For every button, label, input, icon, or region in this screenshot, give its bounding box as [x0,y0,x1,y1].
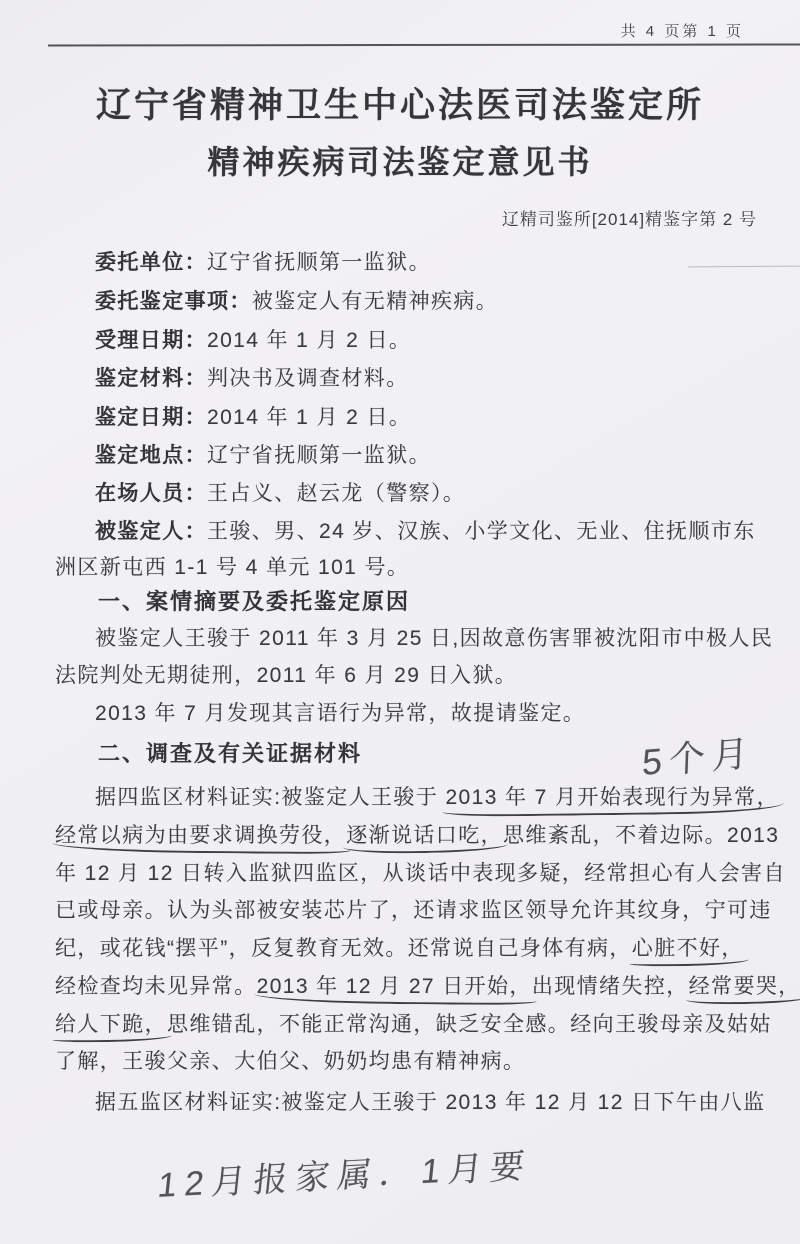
text-segment: 2014 年 1 月 2 日。 [207,406,411,429]
pen-underlined-text: 2013 年 12 月 27 日开始， [257,975,532,998]
para-ward4-line: 经检查均未见异常。2013 年 12 月 27 日开始，出现情绪失控，经常要哭， [55,970,800,1000]
para-case-summary-line: 被鉴定人王骏于 2011 年 3 月 25 日,因故意伤害罪被沈阳市中极人民 [95,622,773,652]
handwritten-margin-note: 5个月 [641,725,755,786]
text-segment: 鉴定地点： [95,444,207,467]
text-segment: 被鉴定人： [95,520,207,543]
text-segment: 一、案情摘要及委托鉴定原因 [98,589,410,614]
field-appraisal-location: 鉴定地点：辽宁省抚顺第一监狱。 [95,439,431,469]
field-appraisal-date: 鉴定日期：2014 年 1 月 2 日。 [95,401,411,431]
pen-underlined-text: 经常要哭， [689,975,800,998]
page-indicator: 共 4 页第 1 页 [621,20,744,41]
text-segment: 在场人员： [95,482,207,505]
field-acceptance-date: 受理日期：2014 年 1 月 2 日。 [95,324,411,354]
field-entrusted-matter: 委托鉴定事项：被鉴定人有无精神疾病。 [95,285,498,315]
scanned-document-page: 共 4 页第 1 页 辽宁省精神卫生中心法医司法鉴定所 精神疾病司法鉴定意见书 … [0,0,800,1244]
text-segment: 被鉴定人王骏于 2011 年 3 月 25 日,因故意伤害罪被沈阳市中极人民 [95,627,773,650]
text-segment: 判决书及调查材料。 [207,367,409,390]
para-case-summary-line: 法院判处无期徒刑，2011 年 6 月 29 日入狱。 [55,659,517,689]
text-segment: 据五监区材料证实:被鉴定人王骏于 2013 年 12 月 12 日下午由八监 [95,1091,765,1114]
pen-underlined-text: 2013 年 7 月开始表现行为异常， [445,786,779,809]
para-case-summary-line: 2013 年 7 月发现其言语行为异常，故提请鉴定。 [95,697,585,727]
para-ward5-line: 据五监区材料证实:被鉴定人王骏于 2013 年 12 月 12 日下午由八监 [95,1086,765,1116]
field-persons-present: 在场人员：王占义、赵云龙（警察）。 [95,477,465,507]
text-segment: 辽宁省抚顺第一监狱。 [207,251,431,274]
para-ward4-line: 纪，或花钱“摆平”，反复教育无效。还常说自己身体有病，心脏不好， [55,932,744,962]
document-subtitle: 精神疾病司法鉴定意见书 [0,137,800,183]
pen-underlined-text: 逐渐说话口吃， [346,824,503,847]
text-segment: 鉴定材料： [95,367,207,390]
para-ward4-line: 给人下跪，思维错乱，不能正常沟通，缺乏安全感。经向王骏母亲及姑姑 [55,1008,772,1038]
text-segment: 2013 年 7 月发现其言语行为异常，故提请鉴定。 [95,702,585,725]
text-segment: 鉴定日期： [95,406,207,429]
text-segment: 年 12 月 12 日转入监狱四监区，从谈话中表现多疑，经常担心有人会害自 [55,862,786,885]
field-appraisal-materials: 鉴定材料：判决书及调查材料。 [95,362,409,392]
text-segment: 委托单位： [95,251,207,274]
text-segment: 已或母亲。认为头部被安装芯片了，还请求监区领导允许其纹身，宁可违 [55,899,772,922]
text-segment: 2014 年 1 月 2 日。 [207,329,411,352]
section-heading-2: 二、调查及有关证据材料 [98,737,362,768]
text-segment: 出现情绪失控， [532,975,689,998]
text-segment: 受理日期： [95,329,207,352]
text-segment: 二、调查及有关证据材料 [98,741,362,766]
para-ward4-line: 经常以病为由要求调换劳役，逐渐说话口吃，思维紊乱，不着边际。2013 [55,819,779,849]
para-ward4-line: 年 12 月 12 日转入监狱四监区，从谈话中表现多疑，经常担心有人会害自 [55,857,786,887]
para-ward4-line: 已或母亲。认为头部被安装芯片了，还请求监区领导允许其纹身，宁可违 [55,894,772,924]
text-segment: 委托鉴定事项： [95,290,252,313]
header-rule [48,43,800,46]
reference-number: 辽精司鉴所[2014]精鉴字第 2 号 [502,205,757,230]
pen-underlined-text: 经常以病为由要求调换劳役， [55,824,346,847]
text-segment: 洲区新屯西 1-1 号 4 单元 101 号。 [55,556,409,579]
text-segment: 被鉴定人有无精神疾病。 [252,290,498,313]
text-segment: 王骏、男、24 岁、汉族、小学文化、无业、住抚顺市东 [207,520,756,543]
scan-fold-artifact [688,266,800,268]
text-segment: 思维紊乱，不着边际。2013 [503,824,779,847]
field-entrusting-unit: 委托单位：辽宁省抚顺第一监狱。 [95,246,431,276]
para-ward4-line: 了解，王骏父亲、大伯父、奶奶均患有精神病。 [55,1045,525,1075]
text-segment: 法院判处无期徒刑，2011 年 6 月 29 日入狱。 [55,664,517,687]
text-segment: 了解，王骏父亲、大伯父、奶奶均患有精神病。 [55,1050,525,1073]
text-segment: 辽宁省抚顺第一监狱。 [207,444,431,467]
document-title: 辽宁省精神卫生中心法医司法鉴定所 [0,78,800,128]
field-person-appraised-cont: 洲区新屯西 1-1 号 4 单元 101 号。 [55,551,409,581]
text-segment: 思维错乱，不能正常沟通，缺乏安全感。经向王骏母亲及姑姑 [167,1013,772,1036]
text-segment: 经检查均未见异常。 [55,975,257,998]
para-ward4-line: 据四监区材料证实:被鉴定人王骏于 2013 年 7 月开始表现行为异常， [95,781,779,811]
pen-underlined-text: 给人下跪， [55,1013,167,1036]
text-segment: 纪，或花钱“摆平”，反复教育无效。还常说自己身体有病， [55,937,632,960]
text-segment: 王占义、赵云龙（警察）。 [207,482,465,505]
pen-underlined-text: 心脏不好， [632,937,744,960]
section-heading-1: 一、案情摘要及委托鉴定原因 [98,585,410,616]
handwritten-bottom-note: 12月报家属．1月要 [156,1138,535,1207]
text-segment: 据四监区材料证实:被鉴定人王骏于 [95,786,445,809]
field-person-appraised: 被鉴定人：王骏、男、24 岁、汉族、小学文化、无业、住抚顺市东 [95,515,756,545]
